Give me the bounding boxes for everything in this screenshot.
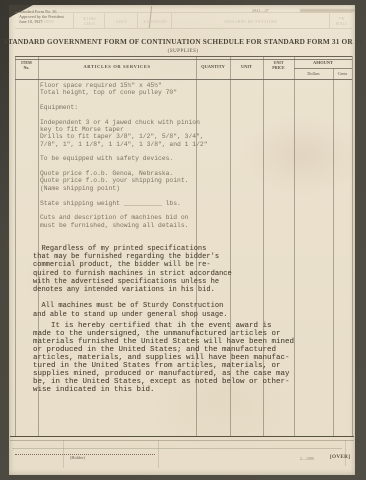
typed-line: wise indicated in this bid.	[33, 386, 294, 394]
form-subtitle: (SUPPLIES)	[0, 48, 366, 54]
typed-line: denotes any intended variations in his b…	[33, 286, 232, 294]
typed-line	[40, 97, 208, 104]
unit-price-header-label2: PRICE	[263, 66, 294, 71]
scanned-form: Standard Form No. 36 Approved by the Pre…	[0, 0, 366, 480]
typed-line: and able to stand up under general shop …	[33, 311, 232, 319]
ghost-unit-label: UNIT	[115, 18, 126, 23]
typed-line: 7/8", 1", 1 1/8", 1 1/4", 1 3/8", and 1 …	[40, 141, 208, 148]
typed-line: quired to furnish machines in strict acc…	[33, 270, 232, 278]
typed-line: To be equipped with safety devices.	[40, 155, 208, 162]
over-label: [OVER]	[330, 454, 350, 460]
table-gridline	[294, 56, 295, 437]
ghost-unit-price-label2: PRICE	[82, 16, 95, 21]
column-header-item-no: ITEM No.	[15, 61, 38, 70]
typed-line: with the advertised specifications unles…	[33, 278, 232, 286]
column-header-quantity: QUANTITY	[196, 64, 230, 69]
item-header-label2: No.	[15, 66, 38, 71]
ghost-unit-price-header: UNIT PRICE	[73, 13, 104, 28]
ghost-quantity-label: QUANTITY	[143, 18, 167, 23]
typed-line: must be furnished, showing all details.	[40, 222, 208, 229]
typed-line	[40, 207, 208, 214]
typed-line: (Name shipping point)	[40, 185, 208, 192]
typed-line: Drills to fit taper 3/8", 1/2", 5/8", 3/…	[40, 133, 208, 140]
typed-line	[40, 148, 208, 155]
table-gridline	[15, 79, 352, 80]
ghost-gridline	[345, 440, 346, 466]
typed-line: Independent 3 or 4 jawed chuck with pini…	[40, 119, 208, 126]
typed-line: Equipment:	[40, 104, 208, 111]
table-gridline	[333, 68, 334, 437]
ghost-gridline	[158, 440, 159, 468]
column-header-amount: AMOUNT	[294, 60, 352, 65]
ghost-item-header: ITEM No.	[329, 13, 352, 28]
ghost-amount-header: AMOUNT	[15, 13, 73, 28]
table-bottom-rule-thin	[10, 440, 354, 441]
table-bottom-rule	[10, 436, 354, 437]
column-header-unit: UNIT	[230, 64, 263, 69]
table-gridline	[352, 56, 353, 437]
typed-line: Regardless of my printed specifications	[33, 245, 232, 253]
ghost-articles-header: ARTICLES OR SERVICES	[171, 13, 329, 28]
typed-line: Floor space required 15½" x 45½"	[40, 82, 208, 89]
typed-line: commercial product, the bidder will be r…	[33, 261, 232, 269]
column-header-cents: Cents	[333, 71, 352, 76]
ghost-unit-price-label: UNIT	[83, 21, 94, 26]
table-gridline	[15, 56, 352, 57]
ghost-articles-label: ARTICLES OR SERVICES	[224, 18, 277, 23]
ghost-item-label: ITEM	[335, 21, 346, 26]
typed-line	[40, 163, 208, 170]
typed-line: materials furnished the United States wi…	[33, 338, 294, 346]
print-code: 2—1080	[300, 456, 314, 461]
typed-line: It is hereby certified that ih the event…	[33, 322, 294, 330]
typed-line: All machines must be of Sturdy Construct…	[33, 302, 232, 310]
typed-bid-notes: Regardless of my printed specificationst…	[33, 245, 232, 319]
typed-line: made to the undersigned, the unmanufactu…	[33, 330, 294, 338]
typed-line: or produced in the United States; and th…	[33, 346, 294, 354]
ghost-item-label2: No.	[337, 16, 344, 21]
column-header-articles: ARTICLES OR SERVICES	[38, 64, 196, 69]
typed-line: Quote price f.o.b. Genoa, Nebraska.	[40, 170, 208, 177]
typed-line: key to fit Morse taper	[40, 126, 208, 133]
typed-line: Total height, top of cone pulley 70"	[40, 89, 208, 96]
table-gridline	[294, 68, 352, 69]
typed-line	[40, 192, 208, 199]
bidder-label: (Bidder)	[15, 455, 140, 460]
column-header-dollars: Dollars	[294, 71, 333, 76]
ghost-amount-label: AMOUNT	[34, 18, 54, 23]
table-gridline	[15, 56, 16, 437]
ghost-header-bleedthrough: ITEM No. ARTICLES OR SERVICES QUANTITY U…	[15, 12, 352, 29]
paper	[9, 5, 355, 475]
footer-faint-rule	[12, 448, 342, 449]
typed-specifications: Floor space required 15½" x 45½"Total he…	[40, 82, 208, 229]
typed-line: State shipping weight __________ lbs.	[40, 200, 208, 207]
form-title: STANDARD GOVERNMENT FORM OF CONTINUATION…	[0, 37, 366, 46]
typed-certification: It is hereby certified that ih the event…	[33, 322, 294, 394]
typed-line	[40, 111, 208, 118]
column-header-unit-price: UNIT PRICE	[263, 61, 294, 70]
typed-line: Quote price f.o.b. your shipping point.	[40, 177, 208, 184]
typed-line: Cuts and description of machines bid on	[40, 214, 208, 221]
ghost-unit-header: UNIT	[104, 13, 137, 28]
ghost-quantity-header: QUANTITY	[137, 13, 171, 28]
